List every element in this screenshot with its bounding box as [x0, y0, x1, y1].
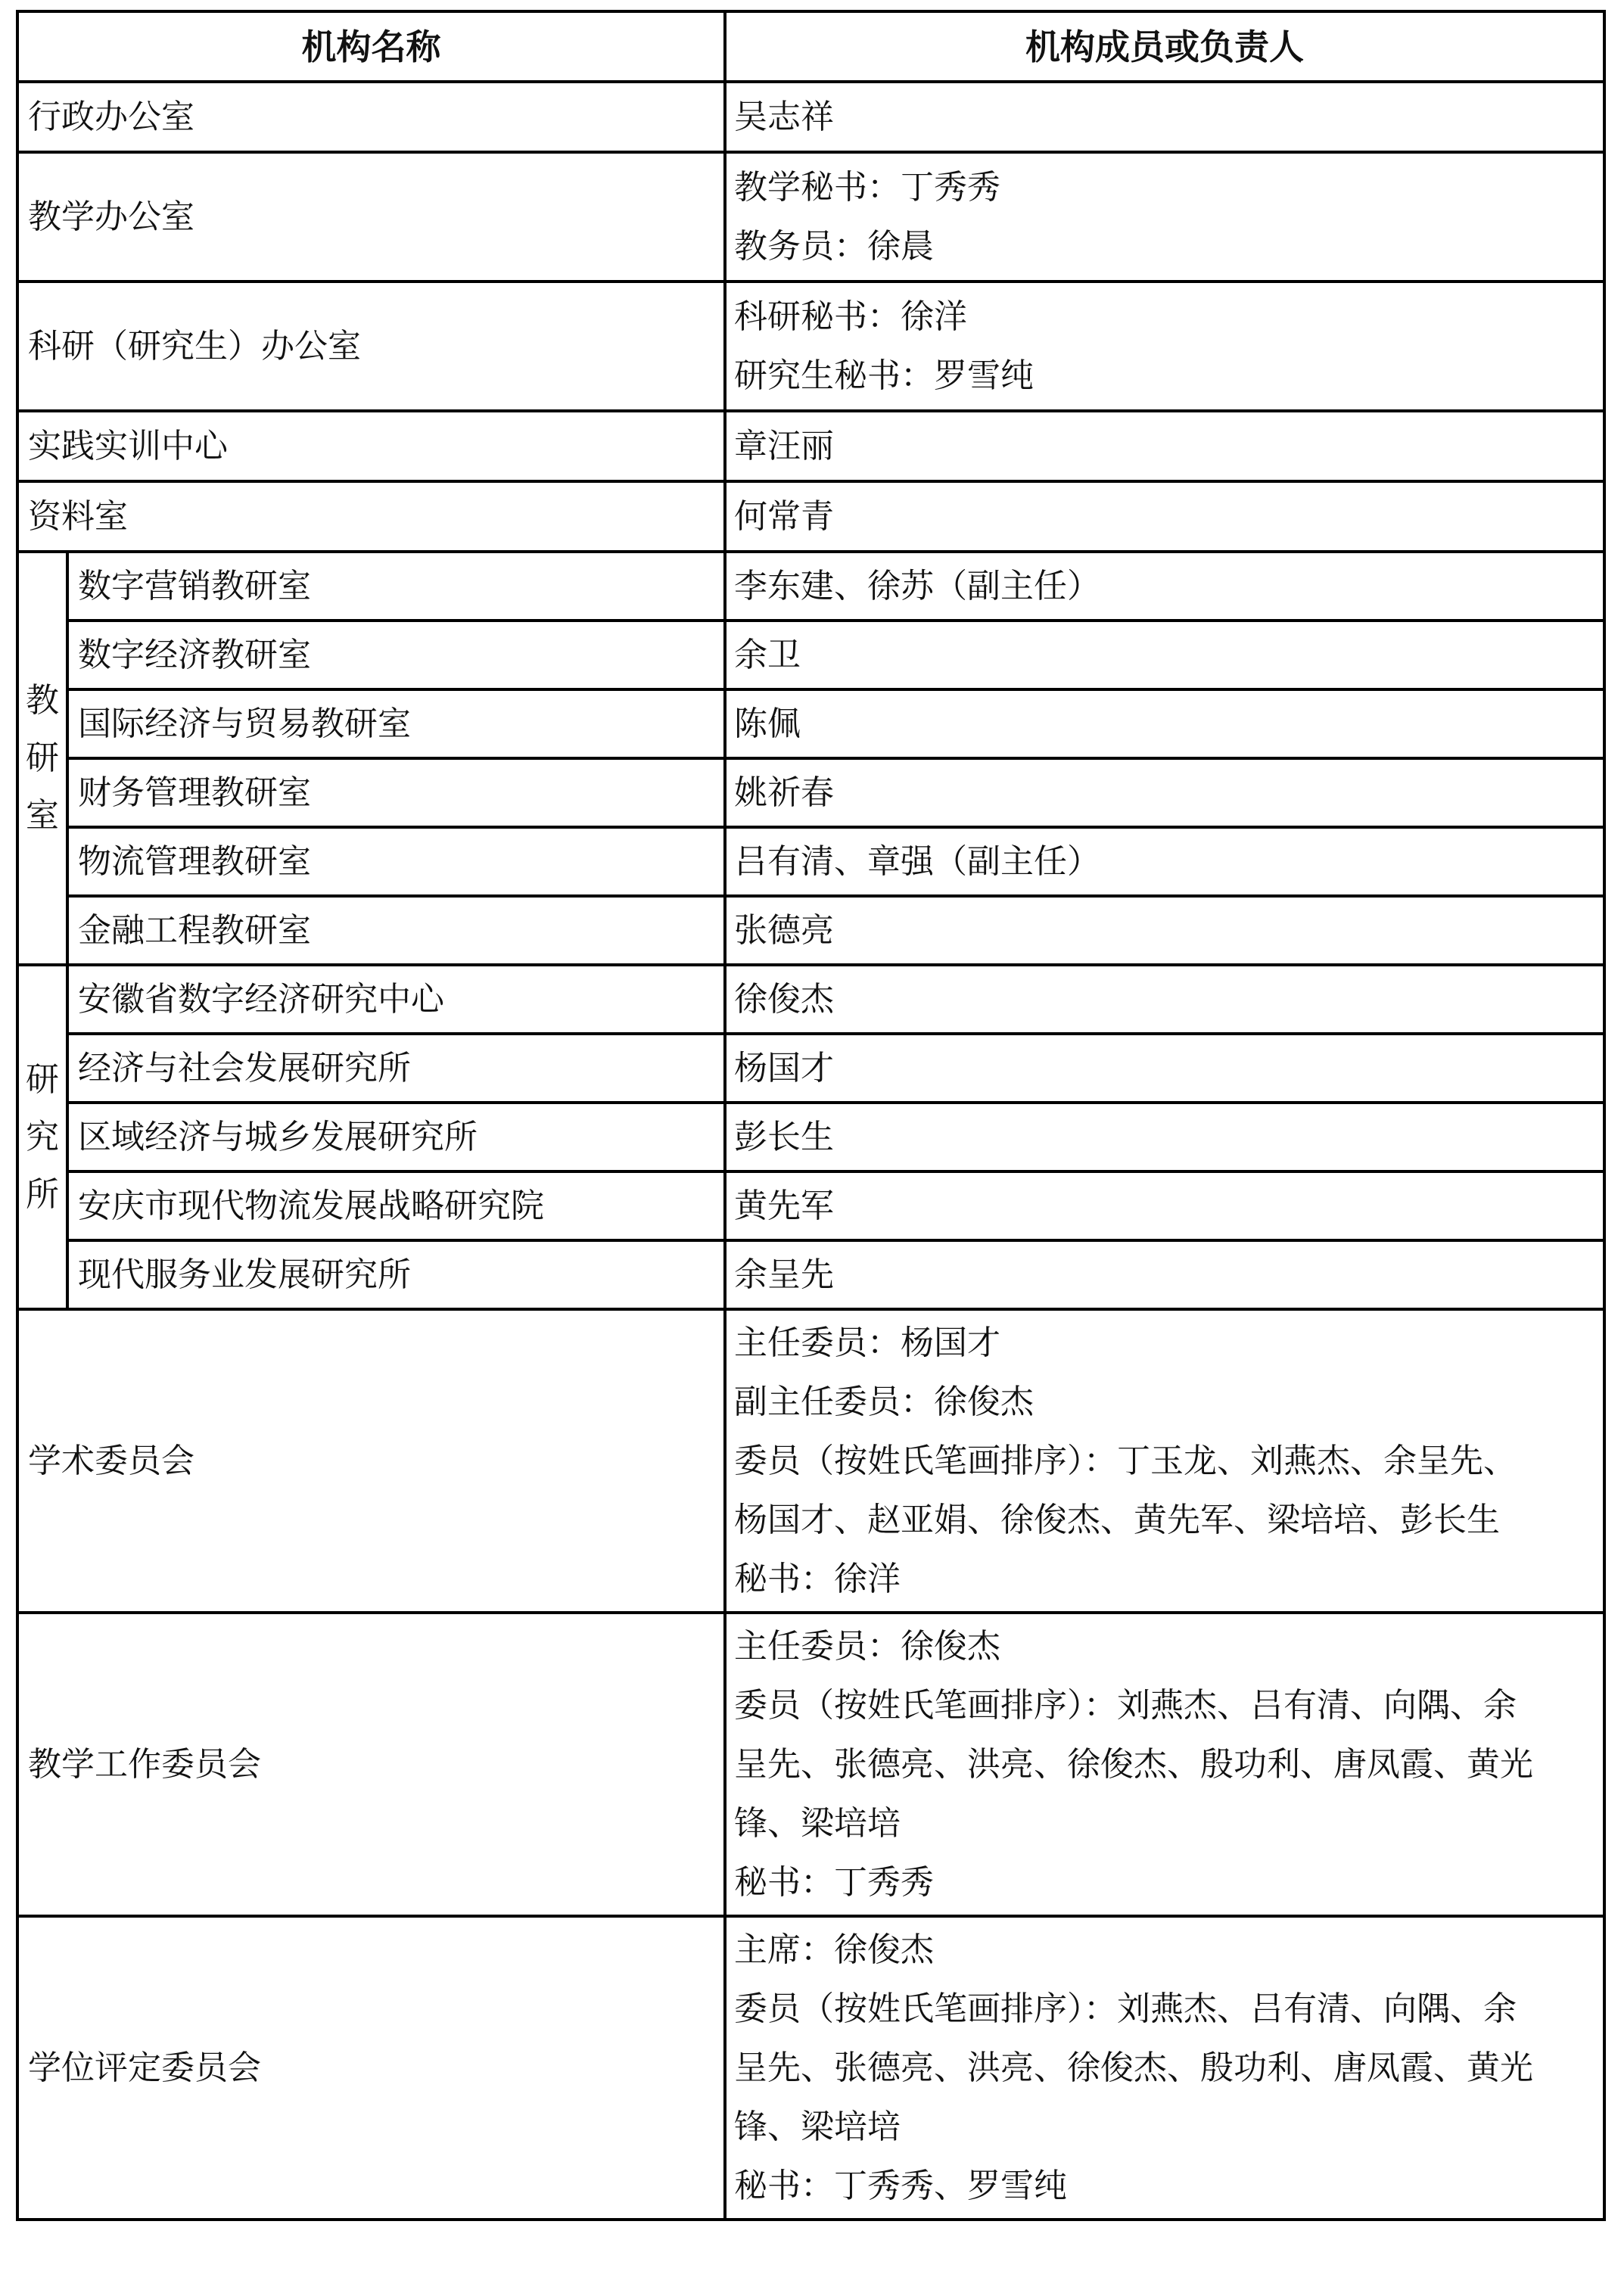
member-line: 副主任委员：徐俊杰 [734, 1373, 1603, 1432]
member-line: 呈先、张德亮、洪亮、徐俊杰、殷功利、唐凤霞、黄光 [734, 1735, 1603, 1794]
members-cell: 张德亮 [725, 896, 1604, 965]
members-cell: 吕有清、章强（副主任） [725, 827, 1604, 896]
members-cell: 姚祈春 [725, 758, 1604, 827]
header-row: 机构名称 机构成员或负责人 [17, 11, 1604, 82]
group-label-char: 研 [19, 730, 66, 787]
table-row: 国际经济与贸易教研室 陈佩 [17, 689, 1604, 758]
table-row: 现代服务业发展研究所 余呈先 [17, 1240, 1604, 1309]
organization-table: 机构名称 机构成员或负责人 行政办公室 吴志祥 教学办公室 教学秘书：丁秀秀 教… [16, 10, 1606, 2221]
org-name-cell: 实践实训中心 [17, 411, 725, 481]
member-line: 科研秘书：徐洋 [734, 288, 1603, 347]
member-line: 呈先、张德亮、洪亮、徐俊杰、殷功利、唐凤霞、黄光 [734, 2039, 1603, 2098]
table-row: 资料室 何常青 [17, 481, 1604, 552]
table-row: 安庆市现代物流发展战略研究院 黄先军 [17, 1171, 1604, 1240]
table-row: 行政办公室 吴志祥 [17, 82, 1604, 152]
org-name-cell: 物流管理教研室 [67, 827, 725, 896]
org-name-cell: 数字经济教研室 [67, 621, 725, 689]
org-name-cell: 经济与社会发展研究所 [67, 1034, 725, 1103]
members-cell: 彭长生 [725, 1103, 1604, 1171]
table-row: 教学工作委员会 主任委员：徐俊杰 委员（按姓氏笔画排序）：刘燕杰、吕有清、向隅、… [17, 1613, 1604, 1916]
member-line: 教务员：徐晨 [734, 217, 1603, 276]
committee-members-cell: 主席：徐俊杰 委员（按姓氏笔画排序）：刘燕杰、吕有清、向隅、余 呈先、张德亮、洪… [725, 1916, 1604, 2220]
table-row: 教学办公室 教学秘书：丁秀秀 教务员：徐晨 [17, 152, 1604, 282]
members-cell: 余呈先 [725, 1240, 1604, 1309]
members-cell: 杨国才 [725, 1034, 1604, 1103]
member-line: 秘书：徐洋 [734, 1550, 1603, 1609]
member-line: 主席：徐俊杰 [734, 1921, 1603, 1980]
org-name-cell: 资料室 [17, 481, 725, 552]
members-cell: 徐俊杰 [725, 965, 1604, 1034]
member-line: 委员（按姓氏笔画排序）：刘燕杰、吕有清、向隅、余 [734, 1676, 1603, 1735]
member-line: 锋、梁培培 [734, 2098, 1603, 2157]
member-line: 教学秘书：丁秀秀 [734, 158, 1603, 217]
member-line: 研究生秘书：罗雪纯 [734, 347, 1603, 406]
members-cell: 余卫 [725, 621, 1604, 689]
member-line: 主任委员：杨国才 [734, 1314, 1603, 1373]
committee-name-cell: 学位评定委员会 [17, 1916, 725, 2220]
org-name-cell: 财务管理教研室 [67, 758, 725, 827]
member-line: 吴志祥 [734, 88, 1603, 147]
group-label-institutes: 研 究 所 [17, 965, 67, 1309]
committee-members-cell: 主任委员：杨国才 副主任委员：徐俊杰 委员（按姓氏笔画排序）：丁玉龙、刘燕杰、余… [725, 1309, 1604, 1613]
member-line: 委员（按姓氏笔画排序）：刘燕杰、吕有清、向隅、余 [734, 1980, 1603, 2039]
org-name-cell: 安徽省数字经济研究中心 [67, 965, 725, 1034]
table-row: 研 究 所 安徽省数字经济研究中心 徐俊杰 [17, 965, 1604, 1034]
member-line: 秘书：丁秀秀、罗雪纯 [734, 2157, 1603, 2216]
committee-name-cell: 教学工作委员会 [17, 1613, 725, 1916]
group-label-teaching-research: 教 研 室 [17, 552, 67, 965]
header-members: 机构成员或负责人 [725, 11, 1604, 82]
table-row: 实践实训中心 章汪丽 [17, 411, 1604, 481]
group-label-char: 究 [19, 1109, 66, 1166]
table-row: 经济与社会发展研究所 杨国才 [17, 1034, 1604, 1103]
org-name-cell: 行政办公室 [17, 82, 725, 152]
table-row: 教 研 室 数字营销教研室 李东建、徐苏（副主任） [17, 552, 1604, 621]
member-line: 杨国才、赵亚娟、徐俊杰、黄先军、梁培培、彭长生 [734, 1491, 1603, 1550]
table-row: 学术委员会 主任委员：杨国才 副主任委员：徐俊杰 委员（按姓氏笔画排序）：丁玉龙… [17, 1309, 1604, 1613]
members-cell: 吴志祥 [725, 82, 1604, 152]
members-cell: 李东建、徐苏（副主任） [725, 552, 1604, 621]
member-line: 章汪丽 [734, 417, 1603, 476]
members-cell: 教学秘书：丁秀秀 教务员：徐晨 [725, 152, 1604, 282]
org-name-cell: 科研（研究生）办公室 [17, 282, 725, 411]
committee-members-cell: 主任委员：徐俊杰 委员（按姓氏笔画排序）：刘燕杰、吕有清、向隅、余 呈先、张德亮… [725, 1613, 1604, 1916]
committee-name-cell: 学术委员会 [17, 1309, 725, 1613]
table-row: 财务管理教研室 姚祈春 [17, 758, 1604, 827]
header-org-name: 机构名称 [17, 11, 725, 82]
members-cell: 陈佩 [725, 689, 1604, 758]
org-name-cell: 安庆市现代物流发展战略研究院 [67, 1171, 725, 1240]
org-name-cell: 国际经济与贸易教研室 [67, 689, 725, 758]
group-label-char: 室 [19, 787, 66, 845]
group-label-char: 研 [19, 1051, 66, 1109]
table-row: 物流管理教研室 吕有清、章强（副主任） [17, 827, 1604, 896]
members-cell: 何常青 [725, 481, 1604, 552]
member-line: 何常青 [734, 487, 1603, 546]
table-row: 学位评定委员会 主席：徐俊杰 委员（按姓氏笔画排序）：刘燕杰、吕有清、向隅、余 … [17, 1916, 1604, 2220]
table-row: 科研（研究生）办公室 科研秘书：徐洋 研究生秘书：罗雪纯 [17, 282, 1604, 411]
org-name-cell: 金融工程教研室 [67, 896, 725, 965]
member-line: 委员（按姓氏笔画排序）：丁玉龙、刘燕杰、余呈先、 [734, 1432, 1603, 1491]
group-label-char: 所 [19, 1166, 66, 1224]
group-label-char: 教 [19, 672, 66, 730]
table-row: 金融工程教研室 张德亮 [17, 896, 1604, 965]
table-row: 区域经济与城乡发展研究所 彭长生 [17, 1103, 1604, 1171]
org-name-cell: 现代服务业发展研究所 [67, 1240, 725, 1309]
org-name-cell: 数字营销教研室 [67, 552, 725, 621]
members-cell: 黄先军 [725, 1171, 1604, 1240]
member-line: 锋、梁培培 [734, 1794, 1603, 1853]
org-name-cell: 教学办公室 [17, 152, 725, 282]
table-row: 数字经济教研室 余卫 [17, 621, 1604, 689]
member-line: 主任委员：徐俊杰 [734, 1617, 1603, 1676]
org-name-cell: 区域经济与城乡发展研究所 [67, 1103, 725, 1171]
members-cell: 章汪丽 [725, 411, 1604, 481]
members-cell: 科研秘书：徐洋 研究生秘书：罗雪纯 [725, 282, 1604, 411]
member-line: 秘书：丁秀秀 [734, 1853, 1603, 1912]
